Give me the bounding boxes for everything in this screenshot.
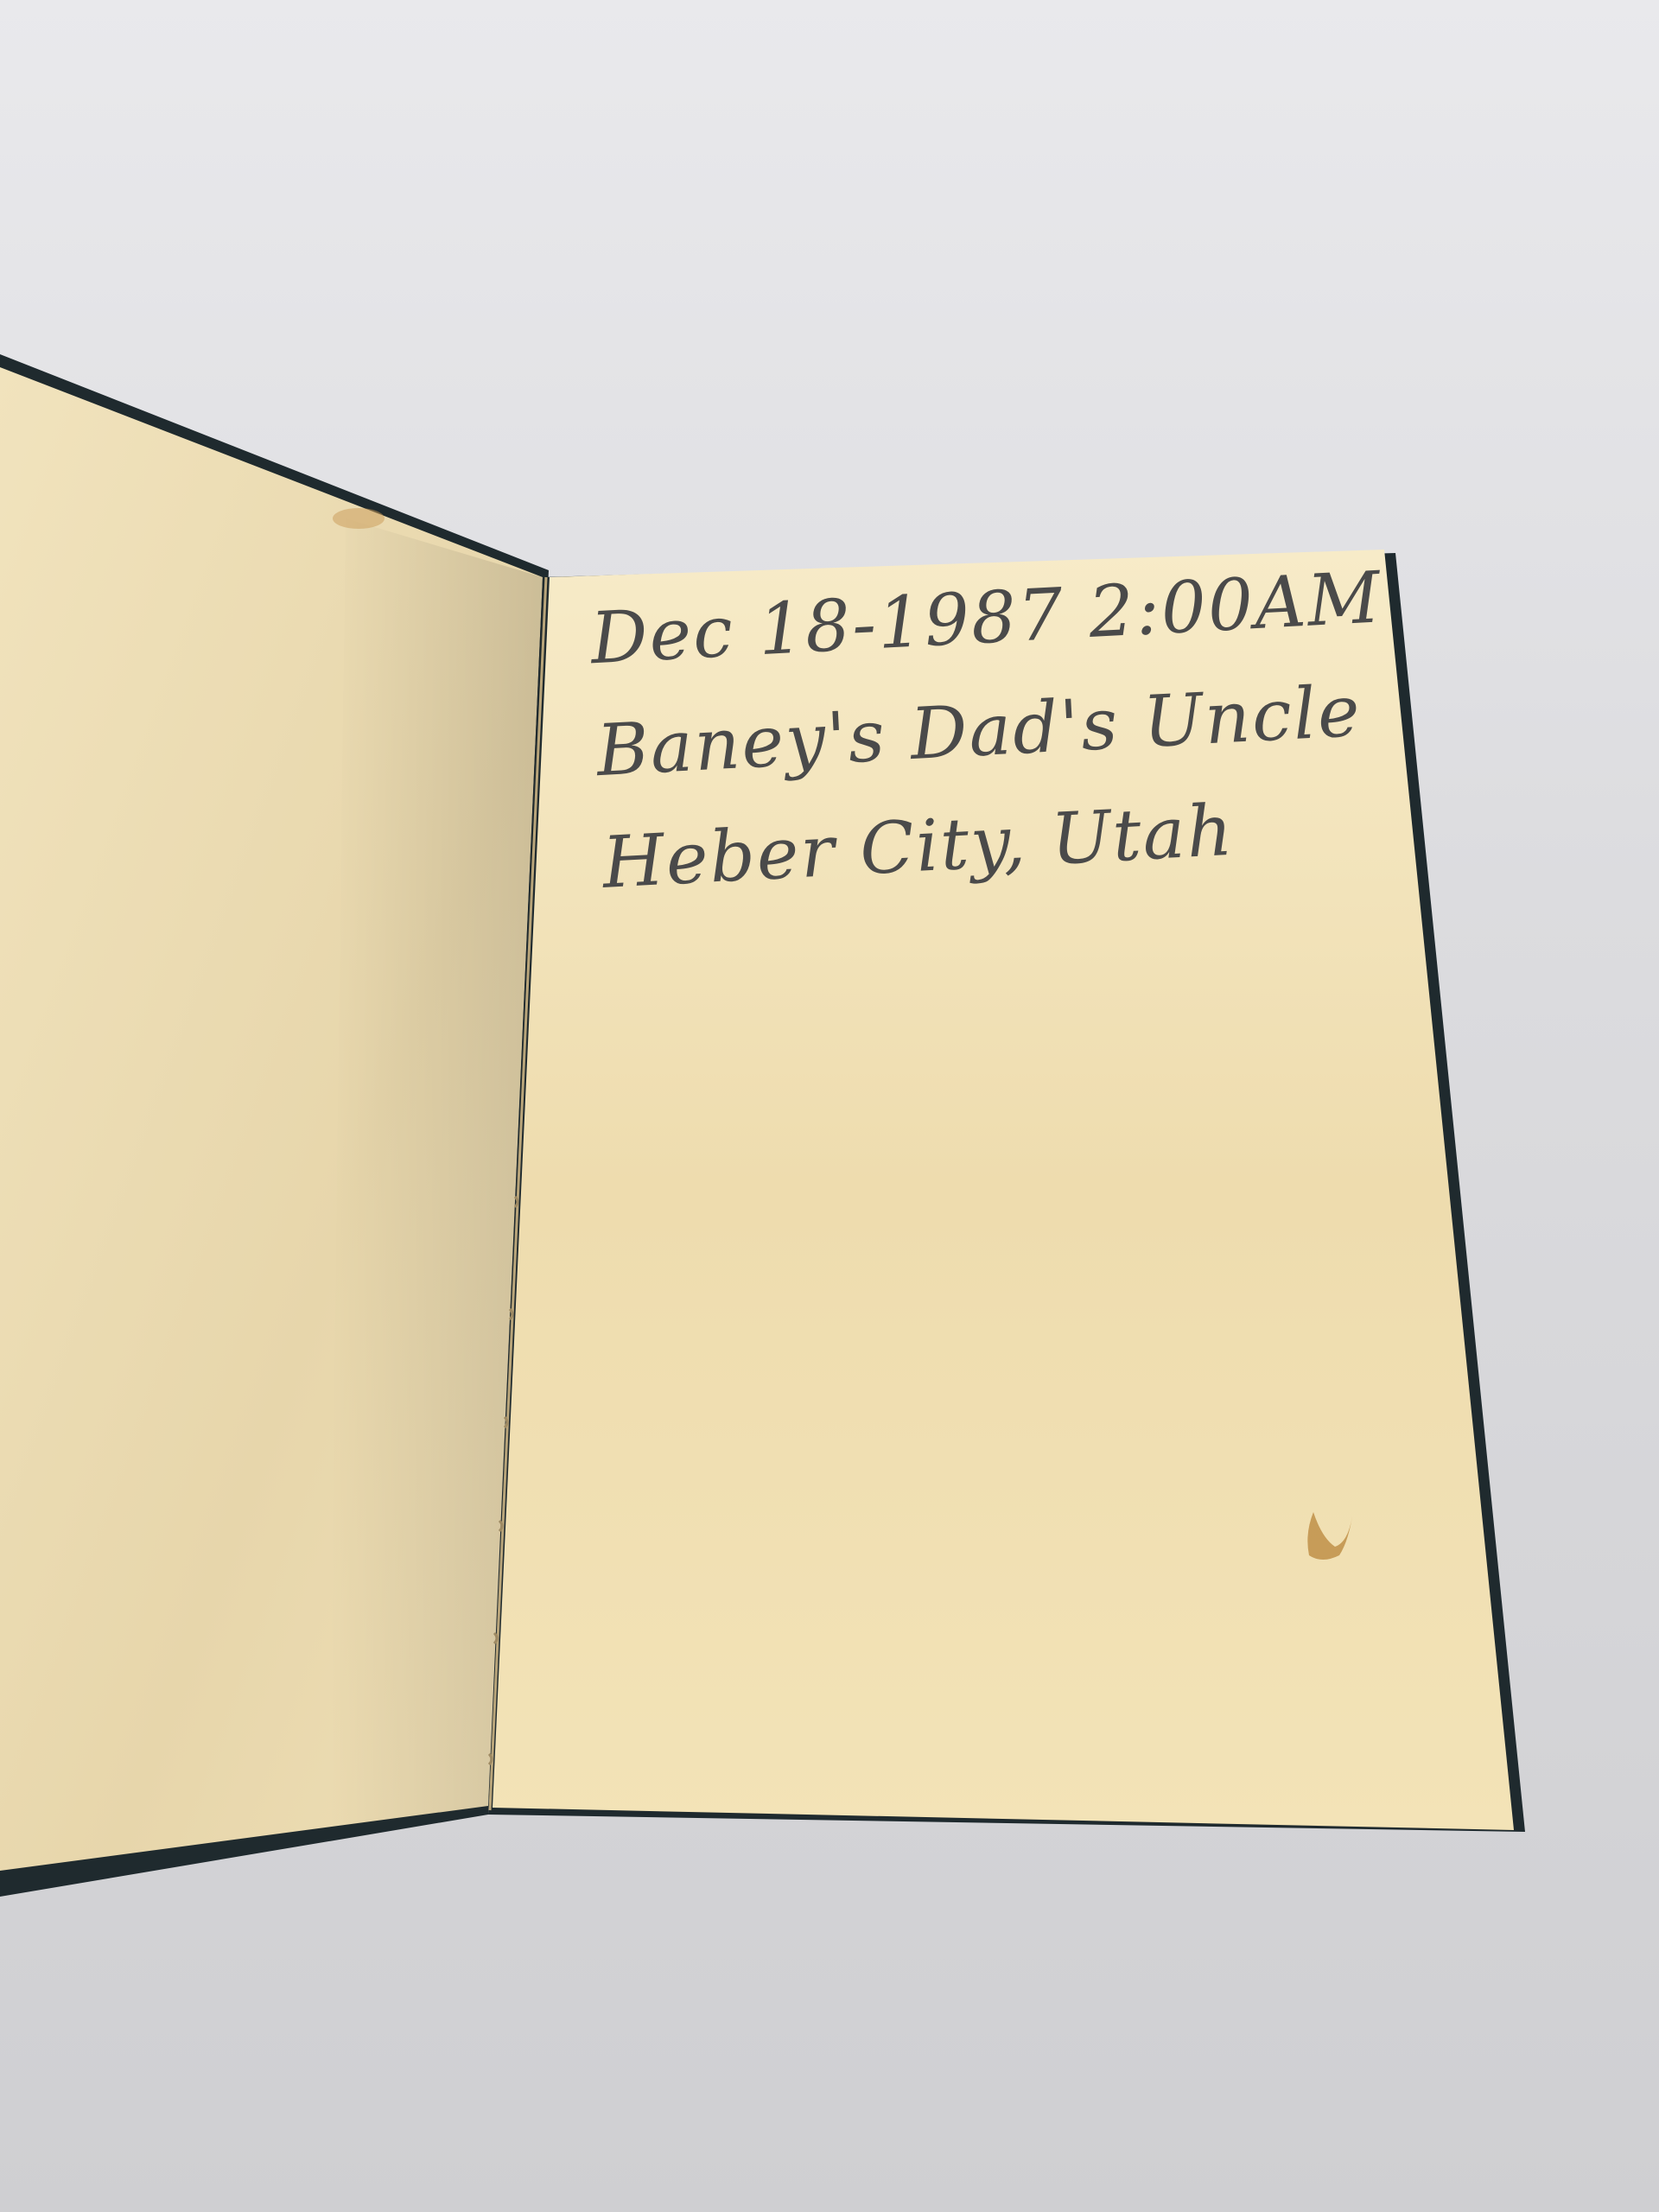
- handwritten-inscription: Dec 18-1987 2:00AM Baney's Dad's Uncle H…: [588, 540, 1433, 920]
- open-book: [0, 0, 1659, 2212]
- photo-scene: Dec 18-1987 2:00AM Baney's Dad's Uncle H…: [0, 0, 1659, 2212]
